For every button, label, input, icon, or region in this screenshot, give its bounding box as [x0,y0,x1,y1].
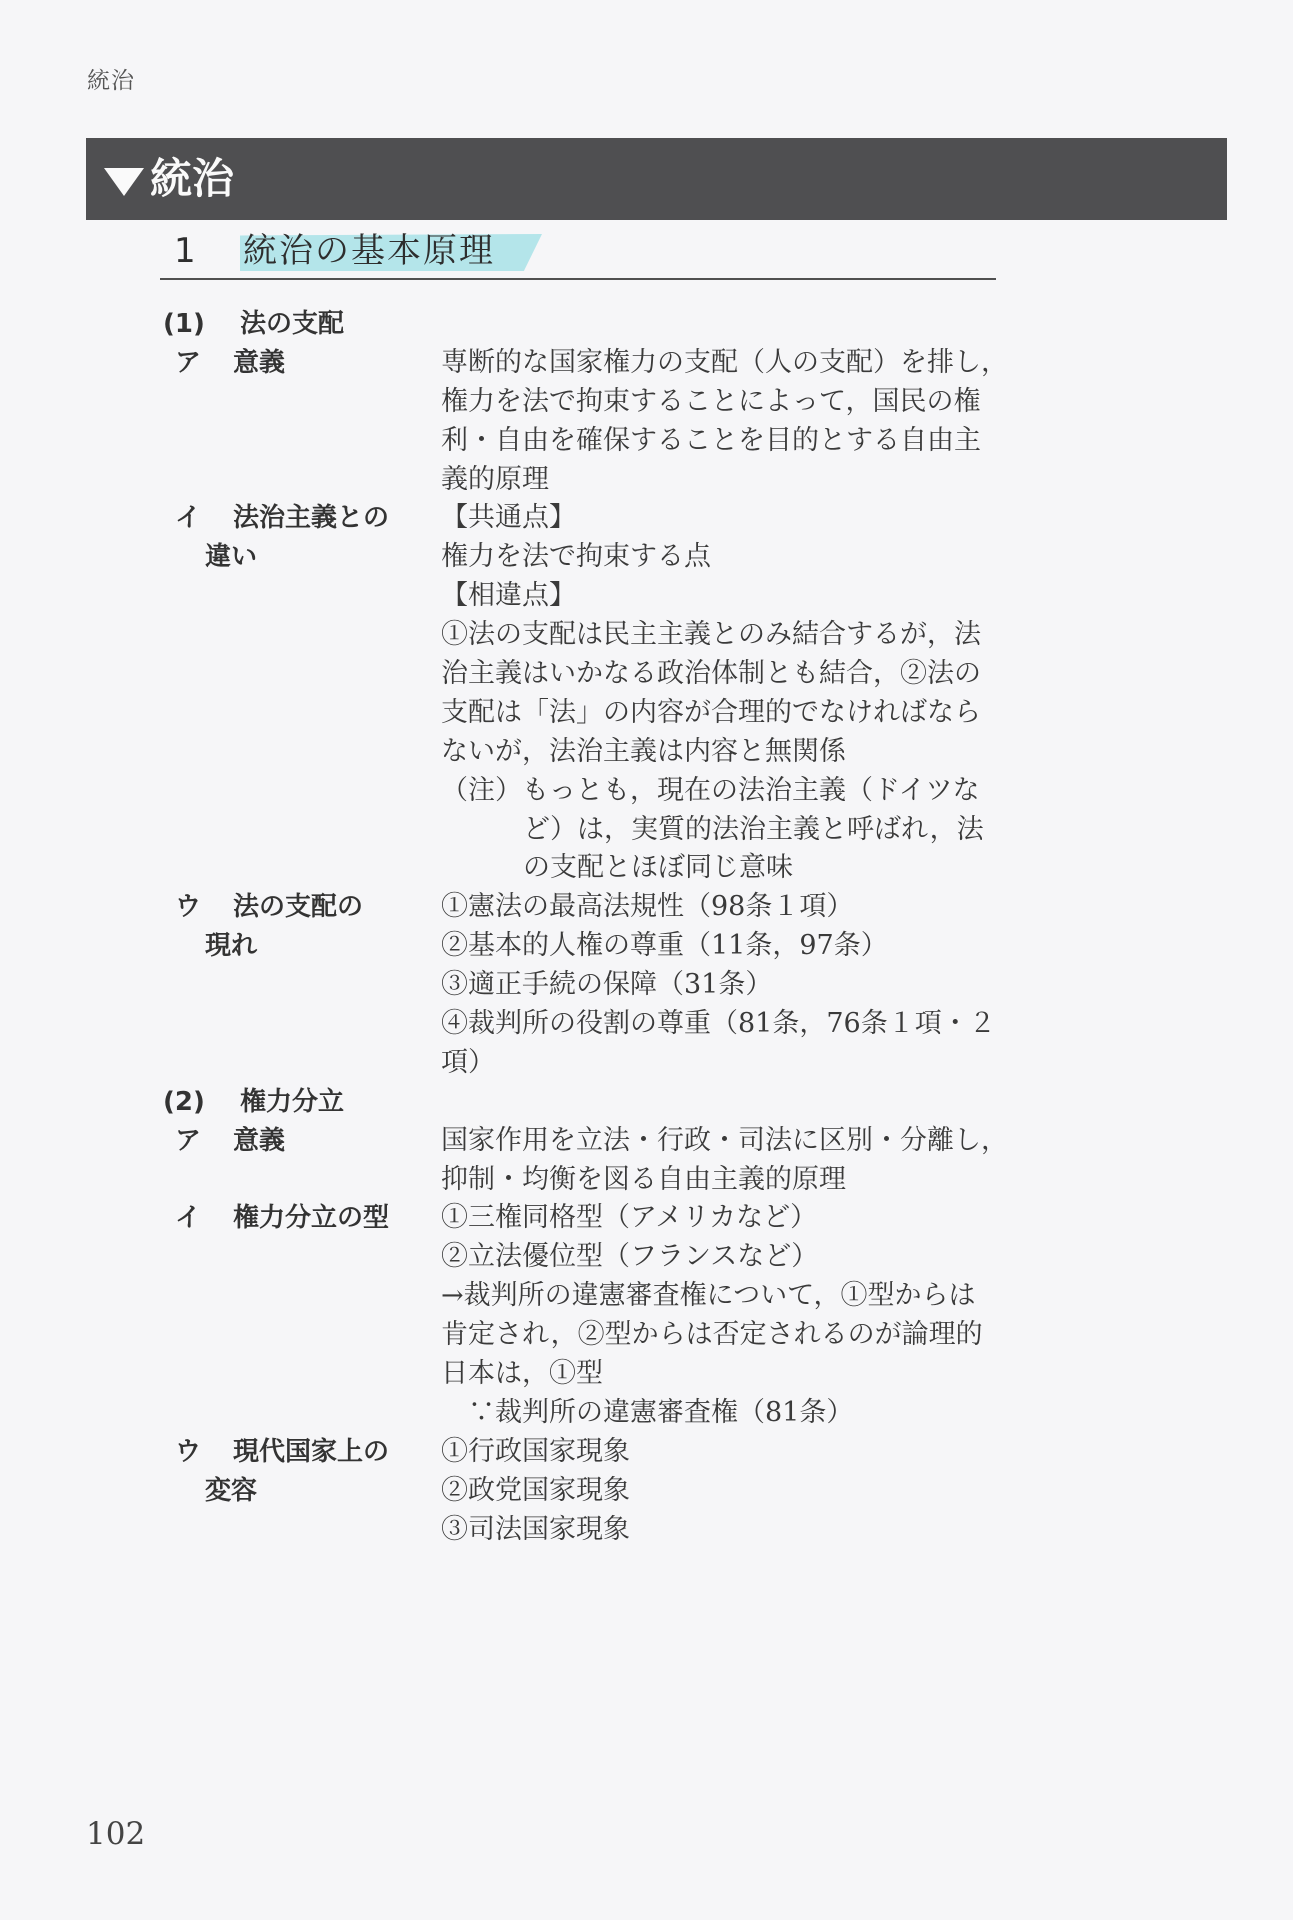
content-line: ①法の支配は民主主義とのみ結合するが，法 [441,616,1000,655]
item-label: ア意義 [160,344,441,500]
note-line: ど）は，実質的法治主義と呼ばれ，法 [441,811,1000,850]
content-line: ③適正手続の保障（31条） [441,966,1000,1005]
content-line: 【共通点】 [441,499,1000,538]
content-line: 日本は，①型 [441,1355,1000,1394]
item-marker: ア [175,1122,201,1161]
item-marker: ア [175,344,201,383]
content-line: 【相違点】 [441,577,1000,616]
item-label-text: 法の支配の [233,888,363,927]
content-line: 支配は「法」の内容が合理的でなければなら [441,694,1000,733]
item-label-text: 法治主義との [233,499,389,538]
item-rule-of-law-meaning: ア意義 専断的な国家権力の支配（人の支配）を排し， 権力を法で拘束することによっ… [160,344,1000,500]
chapter-bar: ▼ 統治 [86,138,1227,220]
subsection-title: 法の支配 [240,305,344,344]
content-line: ②政党国家現象 [441,1472,1000,1511]
item-marker: ウ [175,888,201,927]
item-label-text: 違い [205,538,257,577]
item-content: ①三権同格型（アメリカなど） ②立法優位型（フランスなど） →裁判所の違憲審査権… [441,1199,1000,1432]
section-heading: 1 統治の基本原理 [160,228,996,274]
item-manifestations: ウ法の支配の 現れ ①憲法の最高法規性（98条１項） ②基本的人権の尊重（11条… [160,888,1000,1082]
content-line: ①行政国家現象 [441,1433,1000,1472]
content-line: ③司法国家現象 [441,1511,1000,1550]
item-separation-types: イ権力分立の型 ①三権同格型（アメリカなど） ②立法優位型（フランスなど） →裁… [160,1199,1000,1432]
content-line: 権力を法で拘束する点 [441,538,1000,577]
subsection-title: 権力分立 [240,1083,344,1122]
content-line: 義的原理 [441,461,1008,500]
item-label-text: 現代国家上の [233,1433,389,1472]
item-label-text: 権力分立の型 [233,1199,389,1238]
content-line: 権力を法で拘束することによって，国民の権 [441,383,1008,422]
item-content: ①憲法の最高法規性（98条１項） ②基本的人権の尊重（11条，97条） ③適正手… [441,888,1000,1082]
content-line: →裁判所の違憲審査権について，①型からは [441,1277,1000,1316]
content-line: 専断的な国家権力の支配（人の支配）を排し， [441,344,1008,383]
section-title: 統治の基本原理 [243,228,495,274]
content-line: 抑制・均衡を図る自由主義的原理 [441,1161,1008,1200]
chapter-title: 統治 [150,152,234,206]
item-marker: イ [175,499,201,538]
item-label-text: 意義 [233,344,285,383]
section-number: 1 [174,228,196,274]
item-label: ウ現代国家上の 変容 [160,1433,441,1550]
item-content: 【共通点】 権力を法で拘束する点 【相違点】 ①法の支配は民主主義とのみ結合する… [441,499,1000,888]
content-line: ①三権同格型（アメリカなど） [441,1199,1000,1238]
item-separation-meaning: ア意義 国家作用を立法・行政・司法に区別・分離し， 抑制・均衡を図る自由主義的原… [160,1122,1000,1200]
item-label: イ権力分立の型 [160,1199,441,1432]
subsection-heading-separation-of-powers: (2) 権力分立 [160,1083,1000,1122]
outline-body: (1) 法の支配 ア意義 専断的な国家権力の支配（人の支配）を排し， 権力を法で… [160,305,1000,1550]
note-line: （注）もっとも，現在の法治主義（ドイツな [441,772,1000,811]
content-line: ④裁判所の役割の尊重（81条，76条１項・２ [441,1005,1000,1044]
item-label-text: 意義 [233,1122,285,1161]
item-content: 専断的な国家権力の支配（人の支配）を排し， 権力を法で拘束することによって，国民… [441,344,1008,500]
note-line: の支配とほぼ同じ意味 [441,849,1000,888]
item-modern-state-changes: ウ現代国家上の 変容 ①行政国家現象 ②政党国家現象 ③司法国家現象 [160,1433,1000,1550]
item-difference-from-legal-state: イ法治主義との 違い 【共通点】 権力を法で拘束する点 【相違点】 ①法の支配は… [160,499,1000,888]
running-header: 統治 [87,62,135,95]
content-line: ないが，法治主義は内容と無関係 [441,733,1000,772]
content-line: 項） [441,1044,1000,1083]
page-number: 102 [86,1816,145,1852]
item-content: ①行政国家現象 ②政党国家現象 ③司法国家現象 [441,1433,1000,1550]
content-line: ①憲法の最高法規性（98条１項） [441,888,1000,927]
content-line: ∵裁判所の違憲審査権（81条） [441,1394,1000,1433]
item-label: ウ法の支配の 現れ [160,888,441,1082]
content-line: ②基本的人権の尊重（11条，97条） [441,927,1000,966]
content-line: ②立法優位型（フランスなど） [441,1238,1000,1277]
item-label: ア意義 [160,1122,441,1200]
content-line: 国家作用を立法・行政・司法に区別・分離し， [441,1122,1008,1161]
triangle-down-icon [104,168,144,196]
item-label-text: 変容 [205,1472,257,1511]
item-marker: ウ [175,1433,201,1472]
content-line: 利・自由を確保することを目的とする自由主 [441,422,1008,461]
subsection-heading-rule-of-law: (1) 法の支配 [160,305,1000,344]
section-underline [160,278,996,280]
subsection-number: (2) [163,1083,205,1122]
content-line: 肯定され，②型からは否定されるのが論理的 [441,1316,1000,1355]
item-content: 国家作用を立法・行政・司法に区別・分離し， 抑制・均衡を図る自由主義的原理 [441,1122,1008,1200]
item-marker: イ [175,1199,201,1238]
subsection-number: (1) [163,305,205,344]
content-line: 治主義はいかなる政治体制とも結合，②法の [441,655,1000,694]
item-label-text: 現れ [205,927,257,966]
item-label: イ法治主義との 違い [160,499,441,888]
